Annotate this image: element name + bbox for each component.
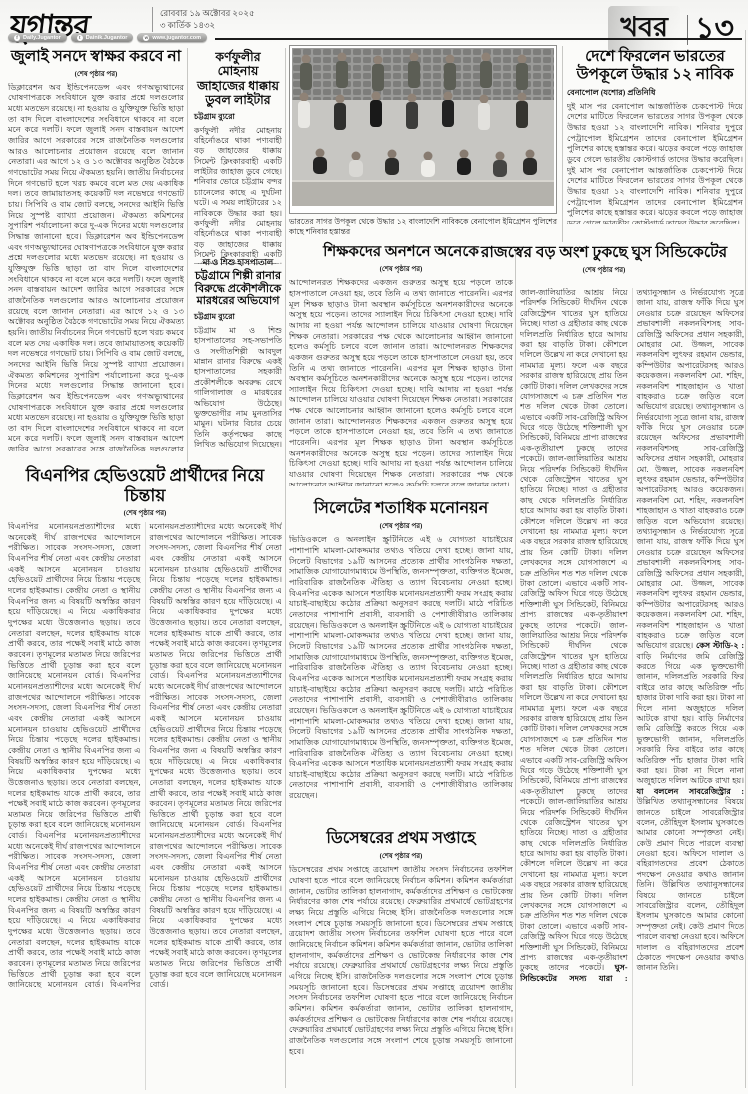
article-body: জাল-জালিয়াতির আশ্রয় নিয়ে পরিদর্শক সিন… [520, 288, 628, 972]
website-icon: w [143, 35, 149, 41]
article-bnp: বিএনপির হেভিওয়েট প্রার্থীদের নিয়ে চিন্… [8, 466, 282, 1090]
twitter-handle: Dainik.Jugantor [86, 35, 128, 41]
column-rule [285, 48, 286, 1088]
masthead: যুগান্তর f Daily.Jugantor t Dainik.Jugan… [0, 0, 748, 44]
headline: রাজস্বের বড় অংশ ঢুকছে ঘুস সিন্ডিকেটের [462, 244, 746, 262]
article-body: তথ্যানুসন্ধান ও নির্ভরযোগ্য সূত্রে জানা … [637, 288, 745, 650]
rescued-sailors-photo [289, 45, 557, 214]
article-revenue-body: জাল-জালিয়াতির আশ্রয় নিয়ে পরিদর্শক সিন… [520, 288, 744, 1086]
article-body: ভিডিওকলে ও অনলাইন স্ক্রুটিনিতে এই ৬ যোগ্… [289, 535, 513, 819]
article-december: ডিসেম্বরের প্রথম সপ্তাহে (শেষ পৃষ্ঠার পর… [289, 830, 513, 1077]
headline: জুলাই সনদে স্বাক্ষর করবে না [8, 48, 184, 66]
social-badges: f Daily.Jugantor t Dainik.Jugantor w www… [8, 33, 207, 42]
article-body: কর্ণফুলী নদীর মোহনায় বহির্নোঙরে থাকা পণ… [194, 126, 282, 264]
headline: ডিসেম্বরের প্রথম সপ্তাহে [289, 830, 513, 848]
column-rule [562, 46, 563, 242]
photo-block: ভারতের সাগর উপকূল থেকে উদ্ধার ১২ বাংলাদে… [289, 45, 557, 237]
article-revenue-headline: রাজস্বের বড় অংশ ঢুকছে ঘুস সিন্ডিকেটের (… [462, 244, 746, 279]
gregorian-date: রোববার ১৯ অক্টোবর ২০২৫ [160, 7, 254, 19]
website-url: www.jugantor.com [152, 35, 201, 41]
twitter-badge: t Dainik.Jugantor [71, 33, 134, 42]
newspaper-page: যুগান্তর f Daily.Jugantor t Dainik.Jugan… [0, 0, 748, 1094]
article-july-charter: জুলাই সনদে স্বাক্ষর করবে না (শেষ পৃষ্ঠার… [8, 48, 184, 451]
continued-tag: (শেষ পৃষ্ঠার পর) [289, 850, 513, 862]
page-edge-rule [745, 30, 746, 1088]
article-body: ডিসেম্বরের প্রথম সপ্তাহে ত্রয়োদশ জাতীয়… [289, 865, 513, 1077]
twitter-icon: t [77, 35, 83, 41]
date-block: রোববার ১৯ অক্টোবর ২০২৫ ৩ কার্তিক ১৪৩২ [152, 7, 254, 32]
article-body: চট্টগ্রাম মা ও শিশু হাসপাতালের সহ-সভাপতি… [194, 326, 282, 448]
subhead-case-study-2: কেস স্টাডি-২ : [696, 641, 744, 650]
continued-tag: (শেষ পৃষ্ঠার পর) [289, 520, 513, 532]
section-label: খবর [608, 6, 680, 53]
kicker: মা ও শিশু হাসপাতাল [194, 256, 282, 270]
photo-illustration [292, 48, 554, 206]
headline: চট্টগ্রামে শিল্পী রানার বিরুদ্ধে প্রকৌশল… [194, 270, 282, 308]
continued-tag: (শেষ পৃষ্ঠার পর) [8, 68, 184, 80]
headline: দেশে ফিরলেন ভারতের উপকূলে উদ্ধার ১২ নাবি… [567, 48, 743, 84]
facebook-badge: f Daily.Jugantor [8, 33, 67, 42]
masthead-rule [215, 38, 742, 40]
headline: সিলেটের শতাধিক মনোনয়ন [289, 500, 513, 518]
photo-caption: ভারতের সাগর উপকূল থেকে উদ্ধার ১২ বাংলাদে… [289, 217, 557, 237]
article-body: বাড়ি নির্মাণের জমি রেজিস্ট্রি করতে গিয়… [637, 652, 745, 786]
byline: বেনাপোল (যশোর) প্রতিনিধি [567, 87, 743, 100]
continued-tag: (শেষ পৃষ্ঠার পর) [8, 507, 282, 519]
section-divider [687, 15, 688, 45]
jugantor-logo: যুগান্তর [7, 2, 92, 53]
article-body: বিএনপির মনোনয়নপ্রত্যাশীদের মধ্যে অনেকেই… [8, 522, 282, 1090]
byline: চট্টগ্রাম ব্যুরো [194, 111, 282, 124]
article-sailors-return: দেশে ফিরলেন ভারতের উপকূলে উদ্ধার ১২ নাবি… [567, 48, 743, 224]
article-ctg-assault: মা ও শিশু হাসপাতাল চট্টগ্রামে শিল্পী রান… [194, 256, 282, 448]
article-body: উল্লিখিত তথ্যানুসন্ধানের বিষয়ে জানতে চা… [637, 797, 745, 972]
article-body: ডিক্লারেশন অব ইন্ডিপেনডেন্স এবং গণঅভ্যুত… [8, 83, 184, 451]
bangla-date: ৩ কার্তিক ১৪৩২ [160, 19, 254, 31]
column-rule [187, 48, 188, 462]
website-badge: w www.jugantor.com [137, 33, 207, 42]
article-sylhet: সিলেটের শতাধিক মনোনয়ন (শেষ পৃষ্ঠার পর) … [289, 500, 513, 819]
article-body: দুই মাস পর বেনাপোল আন্তর্জাতিক চেকপোস্ট … [567, 102, 743, 224]
subhead-registrar-quote: যা বললেন সাবরেজিস্ট্রার : [637, 787, 745, 796]
headline: কর্ণফুলীর মোহনায় জাহাজের ধাক্কায় ডুবল … [194, 50, 282, 108]
column-rule [515, 248, 516, 1088]
byline: চট্টগ্রাম ব্যুরো [194, 311, 282, 324]
article-karnaphuli: কর্ণফুলীর মোহনায় জাহাজের ধাক্কায় ডুবল … [194, 50, 282, 264]
facebook-icon: f [14, 35, 20, 41]
article-teachers: শিক্ষকদের অনশনে অনেকে (শেষ পৃষ্ঠার পর) আ… [289, 244, 513, 486]
headline: বিএনপির হেভিওয়েট প্রার্থীদের নিয়ে চিন্… [8, 466, 282, 505]
article-body: আন্দোলনরত শিক্ষকদের একজন গুরুতর অসুস্থ হ… [289, 278, 513, 486]
continued-tag: (শেষ পৃষ্ঠার পর) [462, 264, 746, 276]
facebook-handle: Daily.Jugantor [23, 35, 61, 41]
